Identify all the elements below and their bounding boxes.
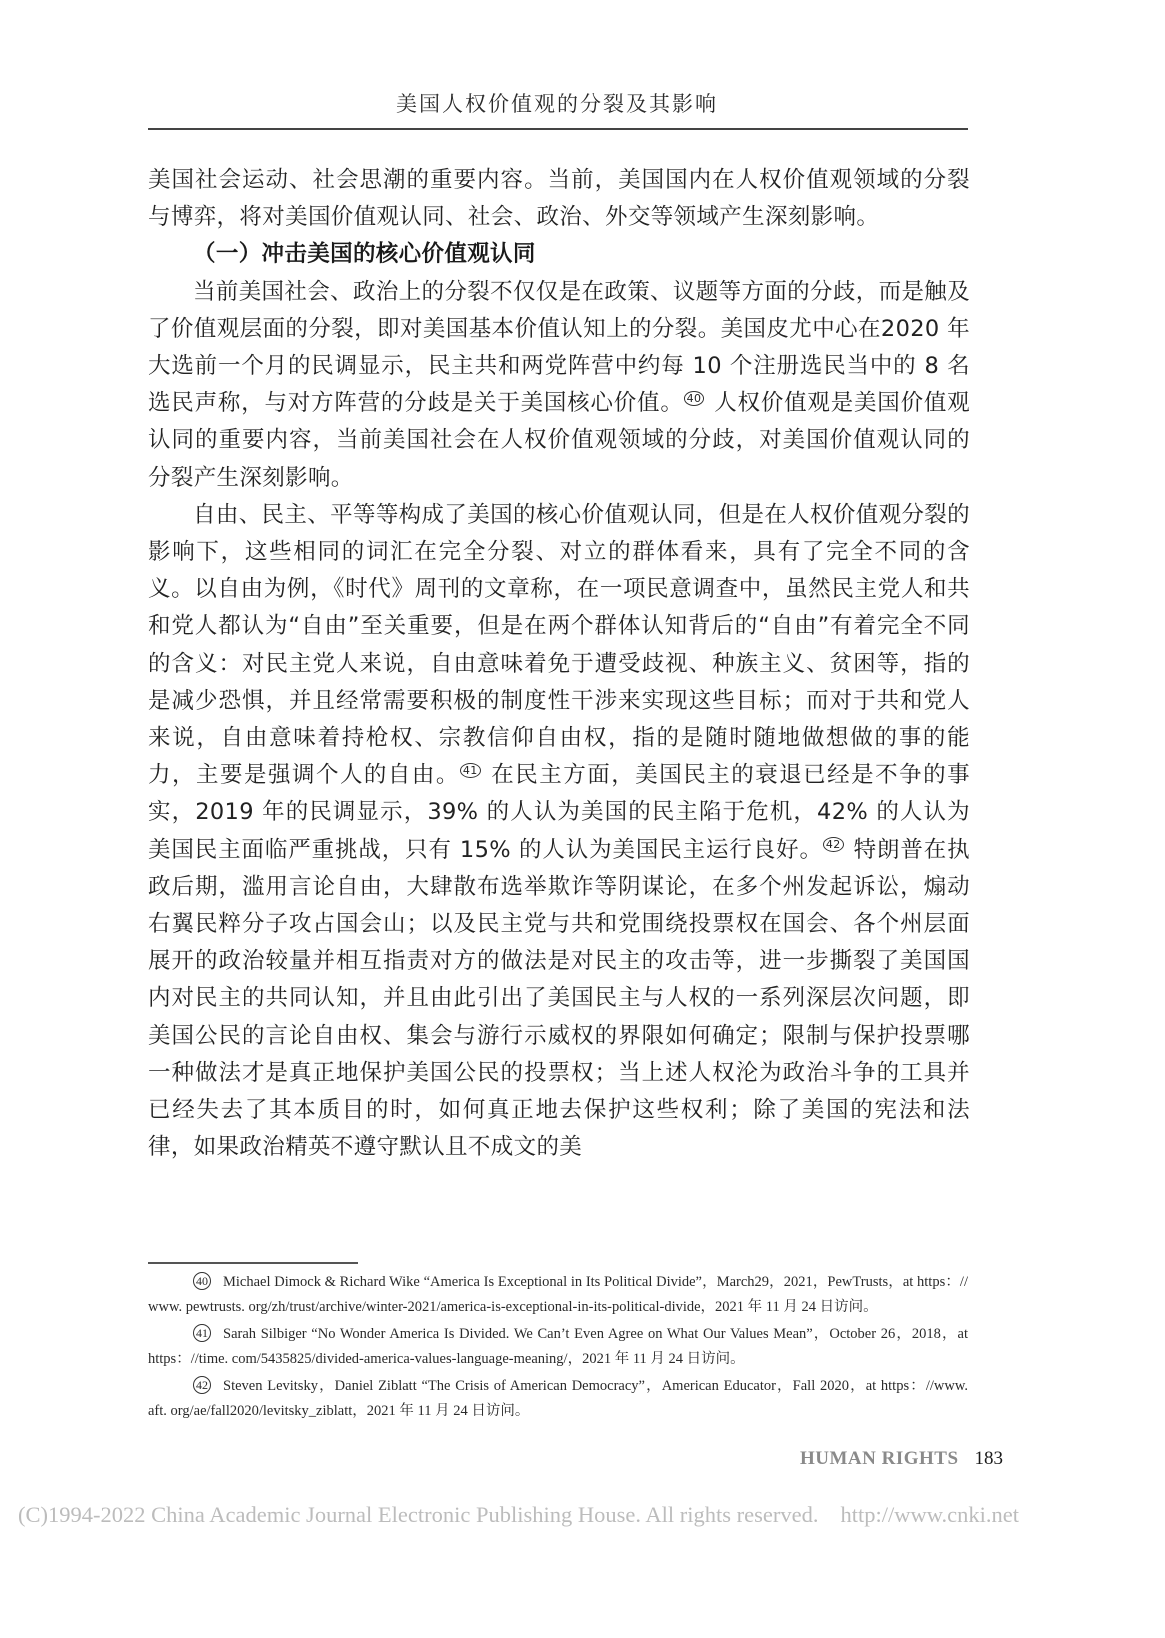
footnote-text: Michael Dimock & Richard Wike “America I… — [148, 1274, 968, 1315]
header-divider — [148, 128, 968, 130]
cnki-link[interactable]: http://www.cnki.net — [840, 1502, 1019, 1527]
footnote-41: 41Sarah Silbiger “No Wonder America Is D… — [148, 1322, 968, 1372]
footnote-40: 40Michael Dimock & Richard Wike “America… — [148, 1270, 968, 1320]
footnote-ref-40[interactable]: 40 — [684, 391, 705, 406]
footnote-42: 42Steven Levitsky，Daniel Ziblatt “The Cr… — [148, 1374, 968, 1424]
footnote-number: 40 — [193, 1272, 211, 1290]
footnote-number: 41 — [193, 1324, 211, 1342]
footnote-text: Steven Levitsky，Daniel Ziblatt “The Cris… — [148, 1378, 968, 1419]
running-title: 美国人权价值观的分裂及其影响 — [148, 88, 966, 118]
paragraph-core-values: 当前美国社会、政治上的分裂不仅仅是在政策、议题等方面的分歧，而是触及了价值观层面… — [148, 274, 970, 497]
paragraph-freedom-democracy: 自由、民主、平等等构成了美国的核心价值观认同，但是在人权价值观分裂的影响下，这些… — [148, 497, 970, 1167]
paragraph-continuation: 美国社会运动、社会思潮的重要内容。当前，美国国内在人权价值观领域的分裂与博弈，将… — [148, 162, 970, 236]
article-body: 美国社会运动、社会思潮的重要内容。当前，美国国内在人权价值观领域的分裂与博弈，将… — [148, 162, 970, 1166]
journal-name: HUMAN RIGHTS — [800, 1448, 959, 1469]
footnote-divider — [148, 1262, 358, 1264]
footnote-number: 42 — [193, 1376, 211, 1394]
footnote-ref-41[interactable]: 41 — [460, 763, 481, 778]
footnote-text: Sarah Silbiger “No Wonder America Is Div… — [148, 1326, 968, 1367]
copyright-watermark: (C)1994-2022 China Academic Journal Elec… — [18, 1502, 1158, 1528]
paragraph-text: 自由、民主、平等等构成了美国的核心价值观认同，但是在人权价值观分裂的影响下，这些… — [148, 502, 970, 788]
copyright-text: (C)1994-2022 China Academic Journal Elec… — [18, 1502, 818, 1527]
paragraph-text: 特朗普在执政后期，滥用言论自由，大肆散布选举欺诈等阴谋论，在多个州发起诉讼，煽动… — [148, 837, 970, 1161]
section-heading: （一）冲击美国的核心价值观认同 — [148, 236, 970, 273]
page-footer: HUMAN RIGHTS183 — [800, 1448, 1003, 1470]
footnotes: 40Michael Dimock & Richard Wike “America… — [148, 1270, 968, 1424]
page-number: 183 — [975, 1448, 1004, 1469]
footnote-ref-42[interactable]: 42 — [823, 837, 844, 852]
